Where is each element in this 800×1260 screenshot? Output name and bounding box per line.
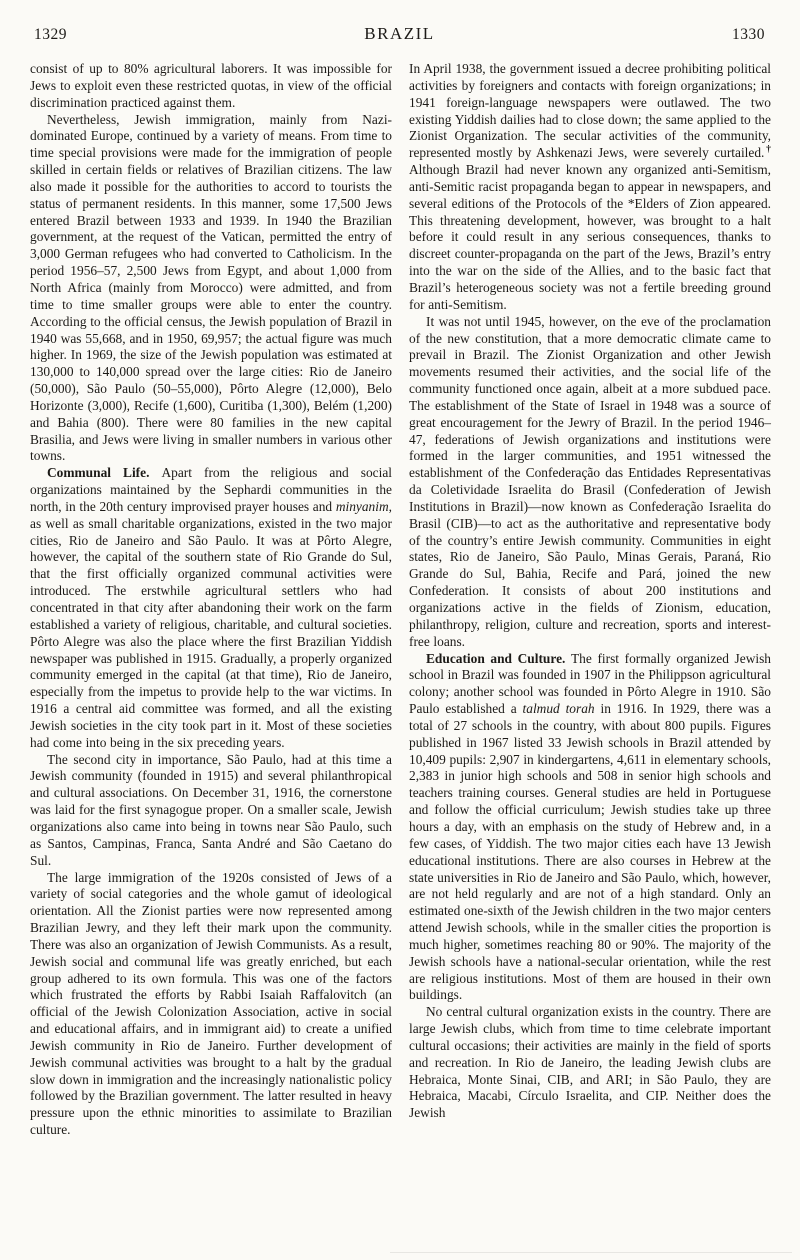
text-paragraph-communal-life: Communal Life. Apart from the religious … [30, 465, 392, 751]
paragraph-lead: Education and Culture. [426, 651, 571, 666]
text-run: The large immigration of the 1920s consi… [30, 870, 392, 1138]
column-number-left: 1329 [34, 26, 104, 44]
paragraph-lead: Communal Life. [47, 465, 161, 480]
text-run: Although Brazil had never known any orga… [409, 162, 771, 312]
text-run: No central cultural organization exists … [409, 1004, 771, 1120]
text-run: The second city in importance, São Paulo… [30, 752, 392, 868]
text-paragraph: No central cultural organization exists … [409, 1004, 771, 1122]
two-column-text-body: consist of up to 80% agricultural labore… [0, 44, 800, 1139]
running-title: BRAZIL [104, 24, 695, 44]
text-run: in 1916. In 1929, there was a total of 2… [409, 701, 771, 1002]
text-run: consist of up to 80% agricultural labore… [30, 61, 392, 110]
page-header: 1329 BRAZIL 1330 [0, 0, 800, 44]
text-run: It was not until 1945, however, on the e… [409, 314, 771, 649]
text-paragraph: The second city in importance, São Paulo… [30, 752, 392, 870]
text-column-right: In April 1938, the government issued a d… [409, 61, 771, 1139]
text-paragraph-education-culture: Education and Culture. The first formall… [409, 651, 771, 1005]
italic-term: talmud torah [523, 701, 595, 716]
footnote-mark: † [764, 144, 771, 155]
encyclopedia-page: 1329 BRAZIL 1330 consist of up to 80% ag… [0, 0, 800, 1260]
text-paragraph: consist of up to 80% agricultural labore… [30, 61, 392, 112]
italic-term: minyanim [336, 499, 389, 514]
column-number-right: 1330 [695, 26, 765, 44]
scan-artifact-line [390, 1252, 792, 1253]
text-paragraph: The large immigration of the 1920s consi… [30, 870, 392, 1140]
text-paragraph: Nevertheless, Jewish immigration, mainly… [30, 112, 392, 466]
text-run: , as well as small charitable organizati… [30, 499, 392, 750]
text-run: In April 1938, the government issued a d… [409, 61, 771, 160]
text-column-left: consist of up to 80% agricultural labore… [30, 61, 392, 1139]
text-run: Nevertheless, Jewish immigration, mainly… [30, 112, 392, 464]
text-paragraph: In April 1938, the government issued a d… [409, 61, 771, 314]
text-paragraph: It was not until 1945, however, on the e… [409, 314, 771, 651]
